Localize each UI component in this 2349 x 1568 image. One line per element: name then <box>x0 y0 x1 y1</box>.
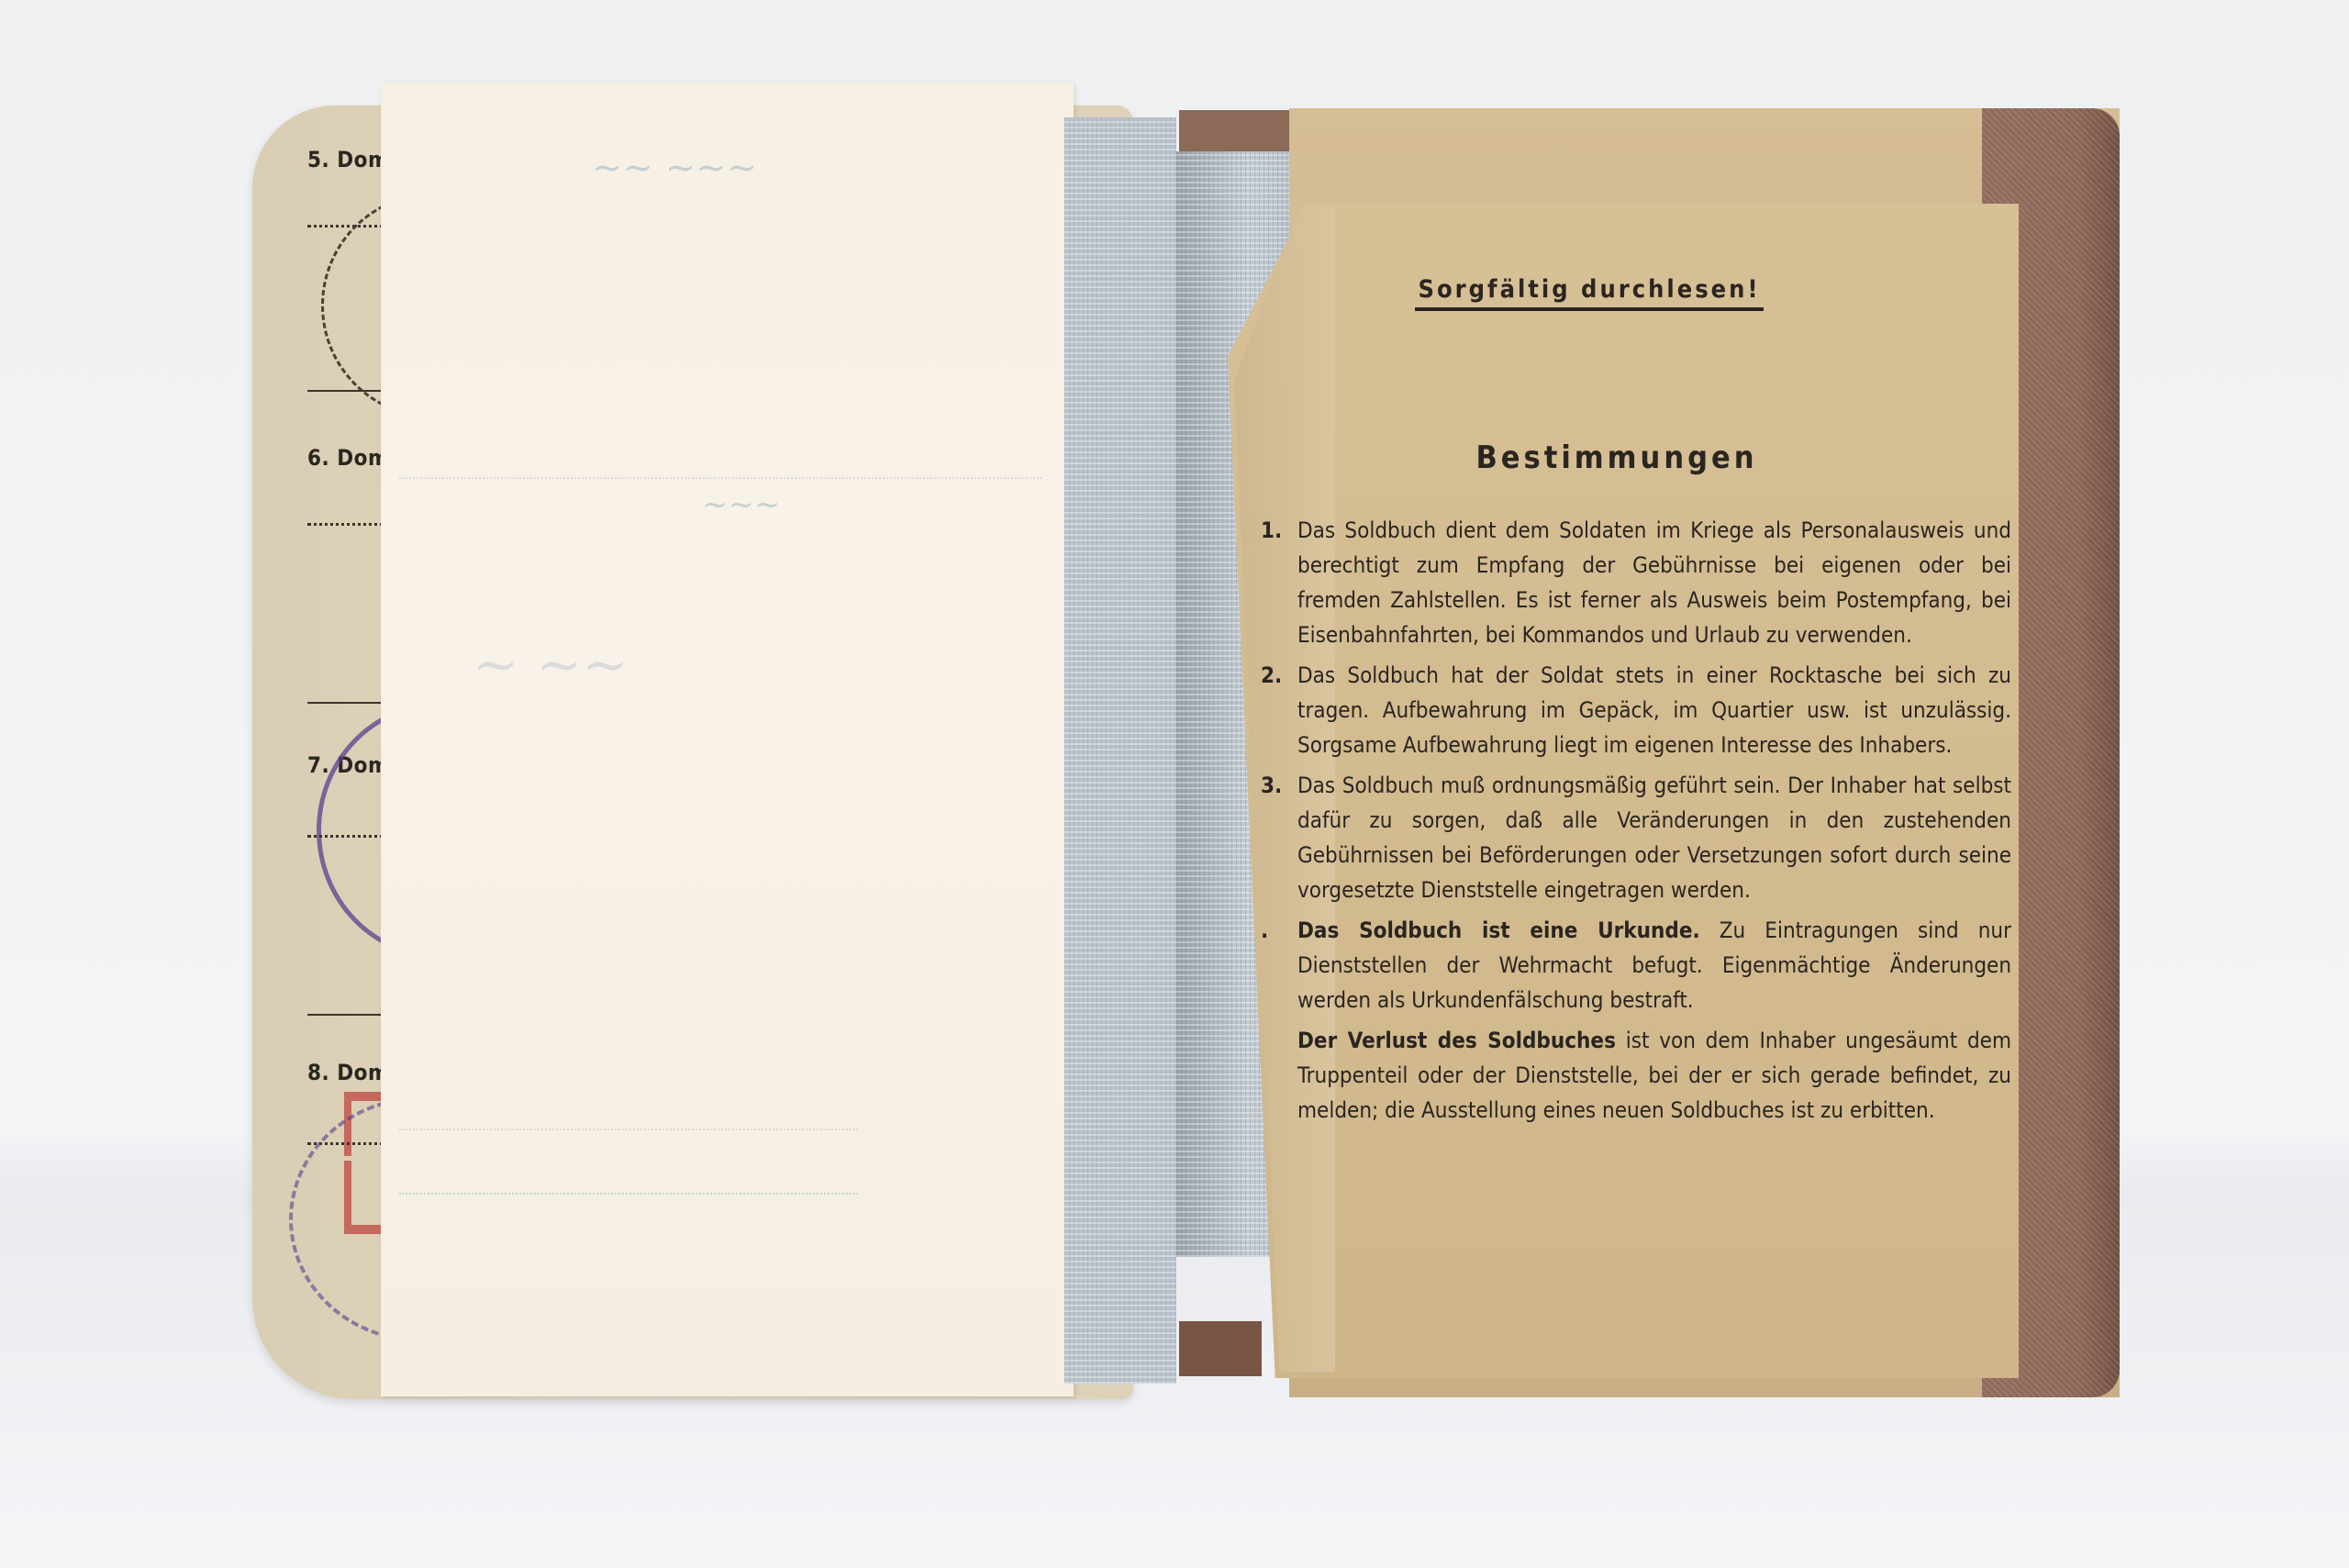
rule-item: 3. Das Soldbuch muß ordnungsmäßig geführ… <box>1261 768 2011 907</box>
rule-item: . Das Soldbuch ist eine Urkunde. Zu Eint… <box>1261 913 2011 1018</box>
rule-item: 1. Das Soldbuch dient dem Soldaten im Kr… <box>1261 513 2011 652</box>
dom-label-5: 5. Dom <box>307 147 389 172</box>
rule-bold-lead: Der Verlust des Soldbuches <box>1297 1028 1616 1053</box>
sheet-title: Bestimmungen <box>1222 439 2011 476</box>
rule-item: Der Verlust des Soldbuches ist von dem I… <box>1261 1023 2011 1128</box>
rule-bold-lead: Das Soldbuch ist eine Urkunde. <box>1297 917 1700 943</box>
rule-number: 3. <box>1261 768 1282 803</box>
bleed-through-line <box>399 1129 858 1130</box>
spine-gauze-left <box>1064 117 1176 1384</box>
bleed-through-signature: ~ ~~ <box>473 633 629 697</box>
bleed-through-handwriting: ~~ ~~~ <box>592 147 757 189</box>
left-white-page: ~~ ~~~ ~~~ ~ ~~ <box>381 83 1074 1396</box>
rule-text: Das Soldbuch muß ordnungsmäßig geführt s… <box>1297 773 2011 903</box>
rule-number: 1. <box>1261 513 1282 548</box>
binding-tab-top <box>1179 110 1294 154</box>
rule-number: 2. <box>1261 658 1282 693</box>
dom-label-6: 6. Dom <box>307 445 389 471</box>
bleed-through-line <box>399 1193 858 1195</box>
rule-item: 2. Das Soldbuch hat der Soldat stets in … <box>1261 658 2011 762</box>
bleed-through-handwriting: ~~~ <box>702 486 780 523</box>
instruction-sheet-text: Sorgfältig durchlesen! Bestimmungen 1. D… <box>1250 275 2011 1133</box>
dom-label-8: 8. Dom <box>307 1060 389 1085</box>
rule-text: Das Soldbuch hat der Soldat stets in ein… <box>1297 662 2011 758</box>
binding-tab-bottom <box>1179 1321 1262 1376</box>
rule-text: Das Soldbuch dient dem Soldaten im Krieg… <box>1297 517 2011 648</box>
bleed-through-line <box>399 477 1041 479</box>
rules-list: 1. Das Soldbuch dient dem Soldaten im Kr… <box>1261 513 2011 1128</box>
sheet-header: Sorgfältig durchlesen! <box>1415 275 1764 311</box>
rule-number: . <box>1261 913 1268 948</box>
